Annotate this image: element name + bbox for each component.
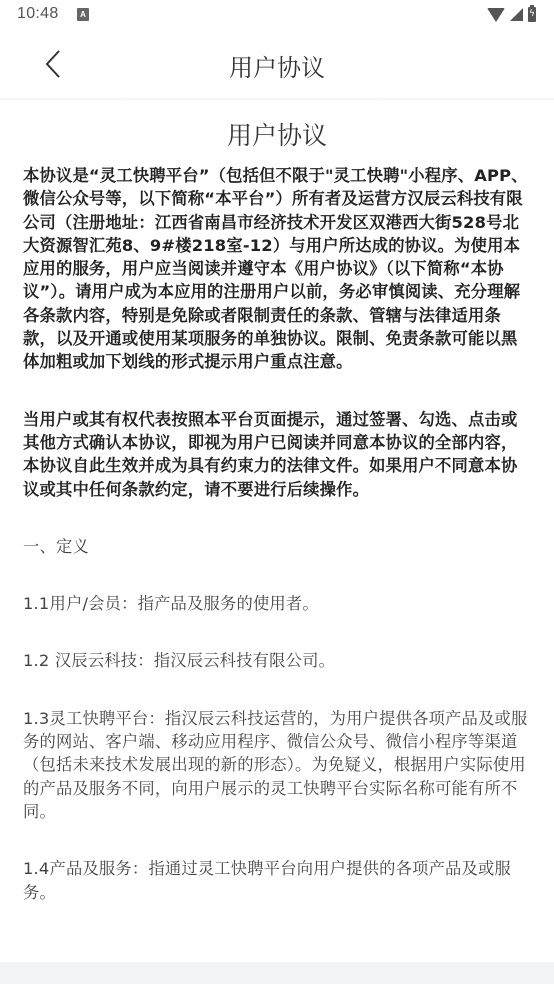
- bottom-area: [0, 962, 554, 984]
- definition-1-3: 1.3灵工快聘平台：指汉辰云科技运营的，为用户提供各项产品及或服务的网站、客户端…: [0, 707, 554, 823]
- wifi-icon: [487, 8, 505, 22]
- definition-1-1: 1.1用户/会员：指产品及服务的使用者。: [0, 592, 554, 615]
- definition-1-4: 1.4产品及服务：指通过灵工快聘平台向用户提供的各项产品及或服务。: [0, 857, 554, 904]
- notification-icon: A: [77, 8, 89, 21]
- definition-1-2: 1.2 汉辰云科技：指汉辰云科技有限公司。: [0, 649, 554, 672]
- cellular-signal-icon: [510, 8, 523, 21]
- status-time: 10:48: [17, 5, 59, 23]
- page-title: 用户协议: [0, 48, 554, 83]
- section-heading-definitions: 一、定义: [0, 535, 554, 558]
- agreement-content[interactable]: 用户协议 本协议是“灵工快聘平台”（包括但不限于"灵工快聘"小程序、APP、微信…: [0, 102, 554, 962]
- intro-paragraph: 本协议是“灵工快聘平台”（包括但不限于"灵工快聘"小程序、APP、微信公众号等，…: [0, 164, 554, 374]
- navigation-bar: 用户协议: [0, 30, 554, 98]
- document-title: 用户协议: [0, 118, 554, 154]
- status-icons: ϟ: [487, 7, 536, 22]
- battery-charging-icon: ϟ: [528, 7, 536, 22]
- consent-paragraph: 当用户或其有权代表按照本平台页面提示，通过签署、勾选、点击或其他方式确认本协议，…: [0, 408, 554, 501]
- status-bar: 10:48 A ϟ: [0, 0, 554, 30]
